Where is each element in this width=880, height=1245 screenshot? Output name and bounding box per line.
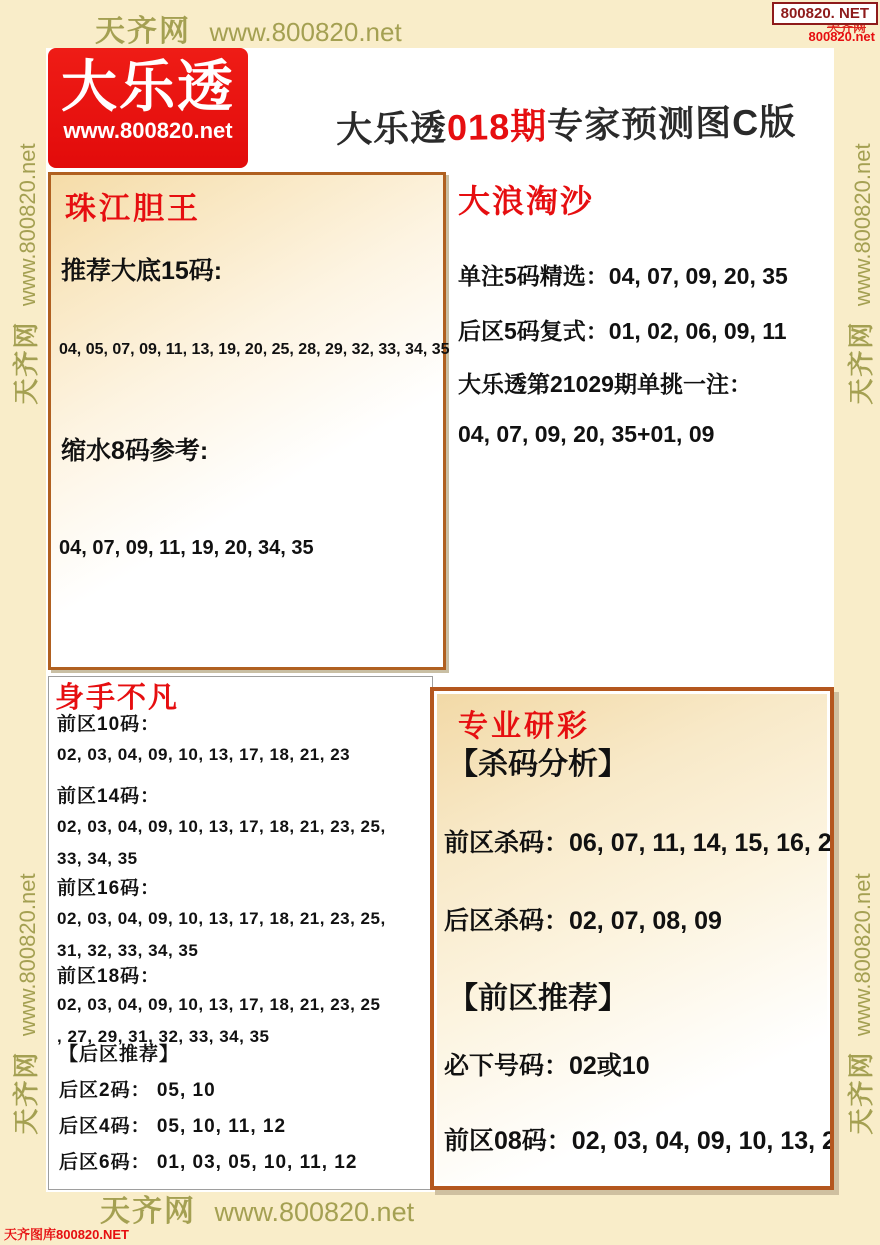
front-10-label: 前区10码： bbox=[57, 709, 160, 736]
chart-title-suffix: 专家预测图C版 bbox=[547, 101, 797, 146]
rear-4-line: 后区4码： 05, 10, 11, 12 bbox=[59, 1111, 286, 1138]
dalang-line-3: 大乐透第21029期单挑一注： bbox=[458, 366, 752, 399]
zhujiang-label-15: 推荐大底15码: bbox=[61, 251, 222, 287]
front-18-label: 前区18码： bbox=[57, 961, 160, 988]
watermark-url: www.800820.net bbox=[15, 873, 40, 1036]
rear-2-line: 后区2码： 05, 10 bbox=[59, 1075, 216, 1102]
dalang-line-2: 后区5码复式：01, 02, 06, 09, 11 bbox=[458, 313, 787, 346]
rear-6-line: 后区6码： 01, 03, 05, 10, 11, 12 bbox=[59, 1147, 357, 1174]
corner-stamp: 800820. NET bbox=[772, 2, 878, 25]
footer-copyright: 天齐图库800820.NET bbox=[4, 1224, 129, 1243]
left-top-watermark: 天齐网 www.800820.net bbox=[6, 139, 38, 409]
front-recommend-title: 【前区推荐】 bbox=[448, 973, 628, 1017]
watermark-site: 天齐网 bbox=[846, 321, 876, 405]
panel-zhujiang-title: 珠江胆王 bbox=[65, 183, 201, 228]
chart-title-issue: 018期 bbox=[447, 105, 548, 148]
front-14-nums: 02, 03, 04, 09, 10, 13, 17, 18, 21, 23, … bbox=[57, 811, 429, 875]
chart-title-prefix: 大乐透 bbox=[336, 107, 448, 150]
site-header: 天齐网 www.800820.net bbox=[95, 6, 402, 50]
rear-recommend-title: 【后区推荐】 bbox=[59, 1039, 179, 1066]
logo-url: www.800820.net bbox=[48, 118, 248, 144]
front-16-nums: 02, 03, 04, 09, 10, 13, 17, 18, 21, 23, … bbox=[57, 903, 429, 967]
front-14-label: 前区14码： bbox=[57, 781, 160, 808]
panel-shenshou-bufan: 身手不凡 前区10码： 02, 03, 04, 09, 10, 13, 17, … bbox=[48, 676, 433, 1190]
panel-zhujiang-danwang: 珠江胆王 推荐大底15码: 04, 05, 07, 09, 11, 13, 19… bbox=[48, 172, 446, 670]
panel-zhuanye-yancai: 专业研彩 【杀码分析】 前区杀码：06, 07, 11, 14, 15, 16,… bbox=[430, 687, 834, 1190]
footer-url: www.800820.net bbox=[214, 1197, 414, 1227]
site-name: 天齐网 bbox=[95, 15, 191, 48]
zhujiang-label-8: 缩水8码参考: bbox=[61, 431, 208, 467]
front-kill-line: 前区杀码：06, 07, 11, 14, 15, 16, 26, 28 bbox=[444, 823, 834, 859]
front-08-line: 前区08码：02, 03, 04, 09, 10, 13, 21, 23 bbox=[444, 1121, 834, 1157]
rear-kill-line: 后区杀码：02, 07, 08, 09 bbox=[444, 901, 722, 937]
chart-title: 大乐透018期专家预测图C版 bbox=[336, 94, 797, 153]
footer-brand: 天齐网 www.800820.net bbox=[100, 1186, 414, 1230]
watermark-site: 天齐网 bbox=[11, 321, 41, 405]
corner-url: 800820.net bbox=[809, 29, 876, 44]
left-bottom-watermark: 天齐网 www.800820.net bbox=[6, 869, 38, 1139]
zhujiang-nums-8: 04, 07, 09, 11, 19, 20, 34, 35 bbox=[59, 537, 314, 560]
dalang-line-1: 单注5码精选：04, 07, 09, 20, 35 bbox=[458, 258, 788, 291]
watermark-url: www.800820.net bbox=[850, 143, 875, 306]
logo-title: 大乐透 bbox=[48, 56, 248, 118]
kill-analysis-title: 【杀码分析】 bbox=[448, 739, 628, 783]
section-dalang-title: 大浪淘沙 bbox=[458, 176, 594, 222]
watermark-site: 天齐网 bbox=[11, 1051, 41, 1135]
watermark-url: www.800820.net bbox=[15, 143, 40, 306]
must-number-line: 必下号码：02或10 bbox=[444, 1046, 650, 1082]
front-16-label: 前区16码： bbox=[57, 873, 160, 900]
front-10-nums: 02, 03, 04, 09, 10, 13, 17, 18, 21, 23 bbox=[57, 739, 429, 771]
zhujiang-nums-15: 04, 05, 07, 09, 11, 13, 19, 20, 25, 28, … bbox=[59, 341, 450, 359]
watermark-url: www.800820.net bbox=[850, 873, 875, 1036]
watermark-site: 天齐网 bbox=[846, 1051, 876, 1135]
right-top-watermark: 天齐网 www.800820.net bbox=[841, 139, 873, 409]
dalang-line-4: 04, 07, 09, 20, 35+01, 09 bbox=[458, 421, 714, 448]
right-bottom-watermark: 天齐网 www.800820.net bbox=[841, 869, 873, 1139]
site-url: www.800820.net bbox=[209, 17, 401, 47]
lottery-logo: 大乐透 www.800820.net bbox=[48, 48, 248, 168]
